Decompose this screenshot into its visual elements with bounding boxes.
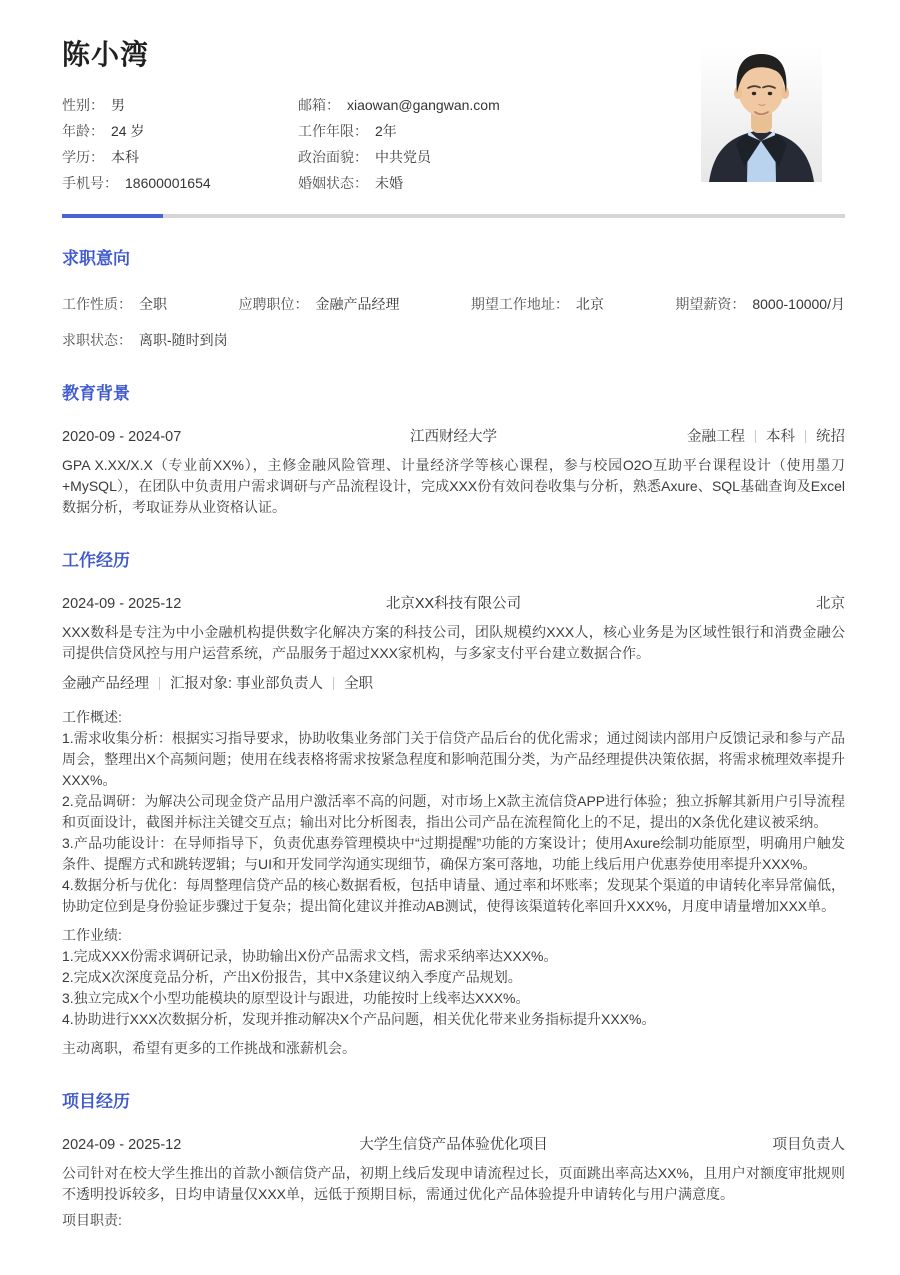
work-role: 金融产品经理 <box>62 676 149 692</box>
info-political-status: 政治面貌：中共党员 <box>298 144 662 170</box>
work-report-to: 汇报对象: 事业部负责人 <box>170 676 323 692</box>
work-leave-note: 主动离职，希望有更多的工作挑战和涨薪机会。 <box>62 1038 845 1059</box>
intent-target-position: 应聘职位：金融产品经理 <box>238 294 399 315</box>
job-intent-row-1: 工作性质：全职 应聘职位：金融产品经理 期望工作地址：北京 期望薪资：8000-… <box>62 294 845 315</box>
divider-gray-segment <box>163 214 845 218</box>
info-gender: 性别：男 <box>62 92 298 118</box>
intent-work-nature: 工作性质：全职 <box>62 294 167 315</box>
resume-page: 陈小湾 性别：男 邮箱：xiaowan@gangwan.com 年龄：24 岁 … <box>0 0 900 1231</box>
section-title-project: 项目经历 <box>62 1091 845 1113</box>
profile-photo <box>701 45 822 182</box>
work-location: 北京 <box>521 594 845 615</box>
job-intent-row-2: 求职状态：离职-随时到岗 <box>62 330 845 351</box>
header-divider <box>62 214 845 218</box>
education-description: GPA X.XX/X.X（专业前XX%），主修金融风险管理、计量经济学等核心课程… <box>62 455 845 518</box>
project-role: 项目负责人 <box>548 1135 845 1156</box>
work-overview-label: 工作概述: <box>62 707 845 728</box>
basic-info-grid: 性别：男 邮箱：xiaowan@gangwan.com 年龄：24 岁 工作年限… <box>62 92 662 196</box>
work-achievement-item: 1.完成XXX份需求调研记录，协助输出X份产品需求文档，需求采纳率达XXX%。 <box>62 946 845 967</box>
section-title-job-intent: 求职意向 <box>62 248 845 270</box>
info-phone: 手机号：18600001654 <box>62 170 298 196</box>
project-background: 公司针对在校大学生推出的首款小额信贷产品，初期上线后发现申请流程过长，页面跳出率… <box>62 1163 845 1205</box>
education-meta-row: 2020-09 - 2024-07 江西财经大学 金融工程本科统招 <box>62 427 845 448</box>
education-major: 金融工程 <box>687 429 745 445</box>
work-achievement-item: 3.独立完成X个小型功能模块的原型设计与跟进，功能按时上线率达XXX%。 <box>62 988 845 1009</box>
info-education-level: 学历：本科 <box>62 144 298 170</box>
project-period: 2024-09 - 2025-12 <box>62 1135 359 1156</box>
work-meta-row: 2024-09 - 2025-12 北京XX科技有限公司 北京 <box>62 594 845 615</box>
education-qualifiers: 金融工程本科统招 <box>497 427 845 448</box>
company-intro: XXX数科是专注为中小金融机构提供数字化解决方案的科技公司，团队规模约XXX人，… <box>62 622 845 664</box>
work-overview-item: 3.产品功能设计：在导师指导下，负责优惠券管理模块中“过期提醒”功能的方案设计；… <box>62 833 845 875</box>
work-achievement-item: 4.协助进行XXX次数据分析，发现并推动解决X个产品问题，相关优化带来业务指标提… <box>62 1009 845 1030</box>
work-overview-item: 4.数据分析与优化：每周整理信贷产品的核心数据看板，包括申请量、通过率和坏账率；… <box>62 875 845 917</box>
info-age: 年龄：24 岁 <box>62 118 298 144</box>
resume-header: 陈小湾 性别：男 邮箱：xiaowan@gangwan.com 年龄：24 岁 … <box>62 38 845 196</box>
education-enroll-type: 统招 <box>816 429 845 445</box>
divider-accent-segment <box>62 214 163 218</box>
work-achievements-label: 工作业绩: <box>62 925 845 946</box>
education-school: 江西财经大学 <box>410 427 497 448</box>
section-title-work: 工作经历 <box>62 550 845 572</box>
education-degree: 本科 <box>766 429 795 445</box>
work-period: 2024-09 - 2025-12 <box>62 594 386 615</box>
project-name: 大学生信贷产品体验优化项目 <box>359 1135 548 1156</box>
section-project-experience: 项目经历 2024-09 - 2025-12 大学生信贷产品体验优化项目 项目负… <box>62 1091 845 1231</box>
section-title-education: 教育背景 <box>62 383 845 405</box>
work-overview-item: 1.需求收集分析：根据实习指导要求，协助收集业务部门关于信贷产品后台的优化需求；… <box>62 728 845 791</box>
work-overview-item: 2.竞品调研：为解决公司现金贷产品用户激活率不高的问题，对市场上X款主流信贷AP… <box>62 791 845 833</box>
intent-target-location: 期望工作地址：北京 <box>471 294 604 315</box>
work-achievements: 工作业绩: 1.完成XXX份需求调研记录，协助输出X份产品需求文档，需求采纳率达… <box>62 925 845 1030</box>
section-job-intent: 求职意向 工作性质：全职 应聘职位：金融产品经理 期望工作地址：北京 期望薪资：… <box>62 248 845 351</box>
intent-job-status: 求职状态：离职-随时到岗 <box>62 330 228 351</box>
separator-bar <box>333 677 334 690</box>
separator-bar <box>755 430 756 443</box>
work-achievement-item: 2.完成X次深度竞品分析，产出X份报告，其中X条建议纳入季度产品规划。 <box>62 967 845 988</box>
info-marital-status: 婚姻状态：未婚 <box>298 170 662 196</box>
separator-bar <box>805 430 806 443</box>
intent-expected-salary: 期望薪资：8000-10000/月 <box>675 294 845 315</box>
section-work-experience: 工作经历 2024-09 - 2025-12 北京XX科技有限公司 北京 XXX… <box>62 550 845 1059</box>
work-company: 北京XX科技有限公司 <box>386 594 521 615</box>
separator-bar <box>159 677 160 690</box>
work-overview: 工作概述: 1.需求收集分析：根据实习指导要求，协助收集业务部门关于信贷产品后台… <box>62 707 845 917</box>
section-education: 教育背景 2020-09 - 2024-07 江西财经大学 金融工程本科统招 G… <box>62 383 845 518</box>
project-duty-label: 项目职责: <box>62 1210 845 1231</box>
work-job-type: 全职 <box>344 676 373 692</box>
profile-photo-illustration <box>701 45 822 182</box>
info-email: 邮箱：xiaowan@gangwan.com <box>298 92 662 118</box>
info-experience-years: 工作年限：2年 <box>298 118 662 144</box>
work-role-line: 金融产品经理汇报对象: 事业部负责人全职 <box>62 674 845 695</box>
project-meta-row: 2024-09 - 2025-12 大学生信贷产品体验优化项目 项目负责人 <box>62 1135 845 1156</box>
education-period: 2020-09 - 2024-07 <box>62 427 410 448</box>
